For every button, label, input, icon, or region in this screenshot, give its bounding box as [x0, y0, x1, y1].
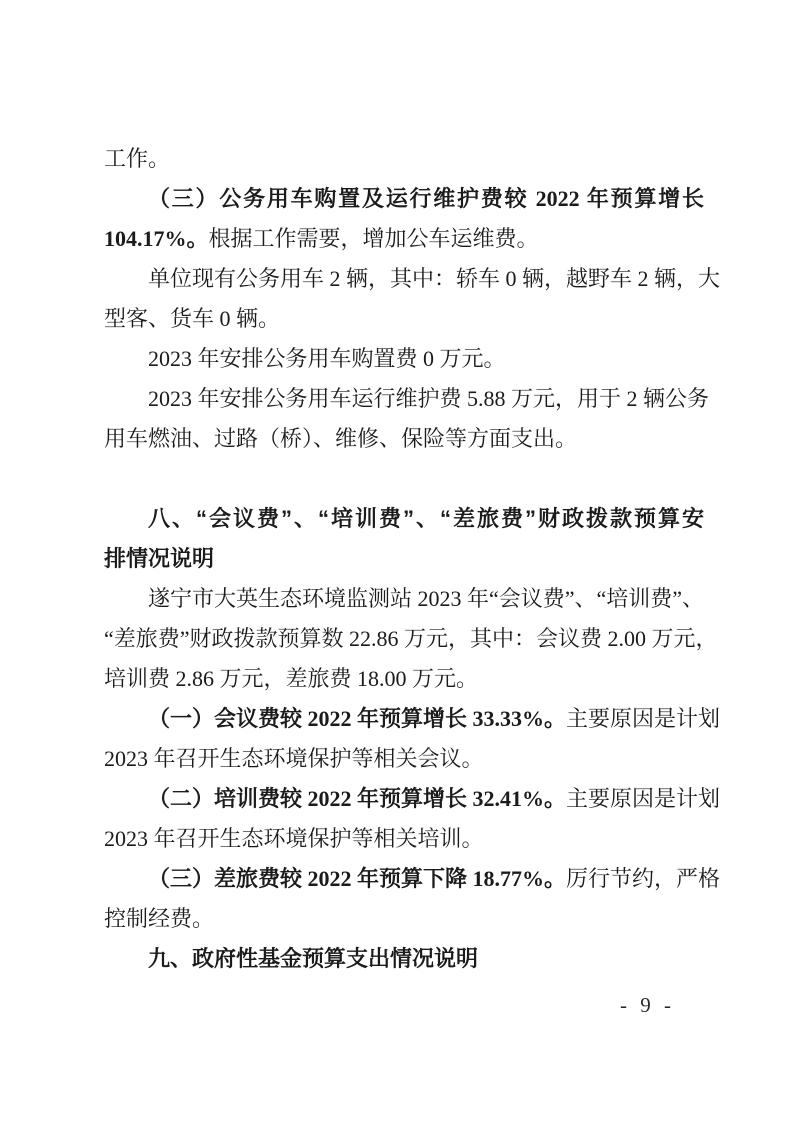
document-body: 工作。（三）公务用车购置及运行维护费较 2022 年预算增长104.17%。根据… — [104, 139, 704, 979]
body-text: 用车燃油、过路（桥）、维修、保险等方面支出。 — [104, 426, 577, 451]
text-line: 遂宁市大英生态环境监测站 2023 年“会议费”、“培训费”、 — [104, 579, 704, 619]
bold-lead-text: （二）培训费较 2022 年预算增长 32.41%。 — [148, 786, 566, 811]
body-text: 工作。 — [104, 146, 170, 171]
text-line: 2023 年召开生态环境保护等相关培训。 — [104, 819, 704, 859]
para-item3-travel-fee: （三）差旅费较 2022 年预算下降 18.77%。厉行节约，严格控制经费。 — [104, 859, 704, 939]
bold-lead-text: （一）会议费较 2022 年预算增长 33.33%。 — [148, 706, 566, 731]
heading-text: 排情况说明 — [104, 546, 214, 571]
body-text: 2023 年安排公务用车购置费 0 万元。 — [148, 346, 506, 371]
text-line: 九、政府性基金预算支出情况说明 — [104, 939, 704, 979]
heading-section-8: 八、“会议费”、“培训费”、“差旅费”财政拨款预算安排情况说明 — [104, 499, 704, 579]
body-text: 2023 年安排公务用车运行维护费 5.88 万元，用于 2 辆公务 — [148, 386, 709, 411]
text-line: 控制经费。 — [104, 899, 704, 939]
bold-lead-text: 104.17%。 — [104, 226, 209, 251]
body-text: 控制经费。 — [104, 906, 214, 931]
para-item3-vehicle-fee: （三）公务用车购置及运行维护费较 2022 年预算增长104.17%。根据工作需… — [104, 179, 704, 259]
body-text: 主要原因是计划 — [566, 706, 720, 731]
body-text: 厉行节约，严格 — [566, 866, 720, 891]
body-text: 遂宁市大英生态环境监测站 2023 年“会议费”、“培训费”、 — [148, 586, 704, 611]
text-line: 104.17%。根据工作需要，增加公车运维费。 — [104, 219, 704, 259]
heading-text: 八、“会议费”、“培训费”、“差旅费”财政拨款预算安 — [148, 506, 704, 531]
text-line: 2023 年安排公务用车运行维护费 5.88 万元，用于 2 辆公务 — [104, 379, 704, 419]
text-line: 2023 年安排公务用车购置费 0 万元。 — [104, 339, 704, 379]
body-text: 主要原因是计划 — [566, 786, 720, 811]
text-line: 八、“会议费”、“培训费”、“差旅费”财政拨款预算安 — [104, 499, 704, 539]
body-text: 型客、货车 0 辆。 — [104, 306, 280, 331]
heading-section-9: 九、政府性基金预算支出情况说明 — [104, 939, 704, 979]
para-item1-meeting-fee: （一）会议费较 2022 年预算增长 33.33%。主要原因是计划2023 年召… — [104, 699, 704, 779]
document-page: 工作。（三）公务用车购置及运行维护费较 2022 年预算增长104.17%。根据… — [0, 0, 793, 1122]
body-text: 2023 年召开生态环境保护等相关会议。 — [104, 746, 484, 771]
heading-text: 九、政府性基金预算支出情况说明 — [148, 946, 478, 971]
text-line: 工作。 — [104, 139, 704, 179]
text-line: 用车燃油、过路（桥）、维修、保险等方面支出。 — [104, 419, 704, 459]
text-line: （三）公务用车购置及运行维护费较 2022 年预算增长 — [104, 179, 704, 219]
bold-lead-text: （三）差旅费较 2022 年预算下降 18.77%。 — [148, 866, 566, 891]
text-line: 型客、货车 0 辆。 — [104, 299, 704, 339]
body-text: 培训费 2.86 万元，差旅费 18.00 万元。 — [104, 666, 478, 691]
para-continuation-work: 工作。 — [104, 139, 704, 179]
body-text: 根据工作需要，增加公车运维费。 — [209, 226, 539, 251]
body-text: 单位现有公务用车 2 辆，其中：轿车 0 辆，越野车 2 辆，大 — [148, 266, 720, 291]
para-item2-training-fee: （二）培训费较 2022 年预算增长 32.41%。主要原因是计划2023 年召… — [104, 779, 704, 859]
para-section8-summary: 遂宁市大英生态环境监测站 2023 年“会议费”、“培训费”、“差旅费”财政拨款… — [104, 579, 704, 699]
para-vehicle-maintenance-2023: 2023 年安排公务用车运行维护费 5.88 万元，用于 2 辆公务用车燃油、过… — [104, 379, 704, 459]
text-line: 排情况说明 — [104, 539, 704, 579]
text-line: （一）会议费较 2022 年预算增长 33.33%。主要原因是计划 — [104, 699, 704, 739]
text-line: 单位现有公务用车 2 辆，其中：轿车 0 辆，越野车 2 辆，大 — [104, 259, 704, 299]
body-text: 2023 年召开生态环境保护等相关培训。 — [104, 826, 484, 851]
page-number: - 9 - — [620, 993, 675, 1017]
bold-lead-text: （三）公务用车购置及运行维护费较 2022 年预算增长 — [148, 186, 704, 211]
para-vehicle-inventory: 单位现有公务用车 2 辆，其中：轿车 0 辆，越野车 2 辆，大型客、货车 0 … — [104, 259, 704, 339]
text-line: 培训费 2.86 万元，差旅费 18.00 万元。 — [104, 659, 704, 699]
body-text: “差旅费”财政拨款预算数 22.86 万元，其中：会议费 2.00 万元， — [104, 626, 718, 651]
para-vehicle-purchase-2023: 2023 年安排公务用车购置费 0 万元。 — [104, 339, 704, 379]
text-line: （二）培训费较 2022 年预算增长 32.41%。主要原因是计划 — [104, 779, 704, 819]
text-line: “差旅费”财政拨款预算数 22.86 万元，其中：会议费 2.00 万元， — [104, 619, 704, 659]
text-line: （三）差旅费较 2022 年预算下降 18.77%。厉行节约，严格 — [104, 859, 704, 899]
text-line: 2023 年召开生态环境保护等相关会议。 — [104, 739, 704, 779]
